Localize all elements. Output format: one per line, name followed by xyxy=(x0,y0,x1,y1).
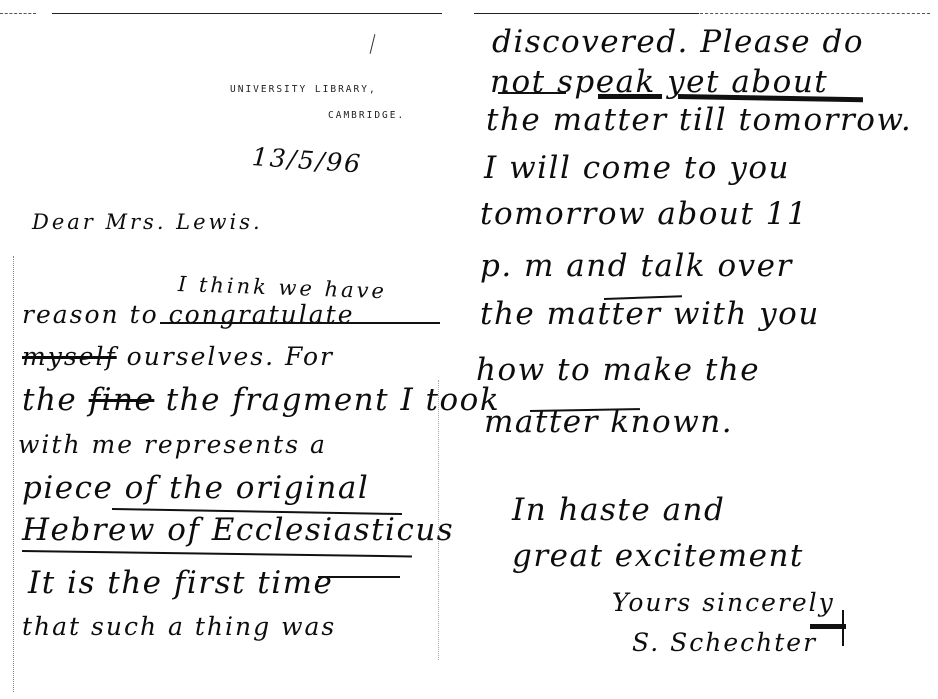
sign-off: Yours sincerely xyxy=(612,588,835,617)
underline xyxy=(498,92,566,94)
pencil-mark xyxy=(370,34,376,54)
signature-flourish xyxy=(810,624,846,629)
page-margin-edge xyxy=(13,256,14,692)
struck-word: fine xyxy=(89,382,155,418)
letter-line: It is the first time xyxy=(28,565,333,601)
underline xyxy=(22,550,412,557)
letter-line: discovered. Please do xyxy=(492,24,864,60)
letter-line: I will come to you xyxy=(484,150,790,186)
letter-line: the fine the fragment I took xyxy=(22,382,500,418)
struck-word: myself xyxy=(22,342,117,371)
page-top-rule xyxy=(700,13,930,14)
flourish-line xyxy=(318,576,400,578)
letter-line: how to make the xyxy=(476,352,760,388)
letter-line: p. m and talk over xyxy=(480,248,793,284)
salutation: Dear Mrs. Lewis. xyxy=(32,210,263,234)
signature: S. Schechter xyxy=(632,628,817,657)
letter-line: that such a thing was xyxy=(22,612,336,641)
letter-line: I think we have xyxy=(178,272,388,303)
closing-line: In haste and xyxy=(512,492,725,528)
letter-line: Hebrew of Ecclesiasticus xyxy=(22,512,454,548)
letterhead-institution: UNIVERSITY LIBRARY, xyxy=(230,84,377,95)
letter-line: myself ourselves. For xyxy=(22,342,334,371)
strike-through-line xyxy=(160,322,440,324)
underline xyxy=(598,94,662,99)
page-top-rule xyxy=(52,13,442,14)
letter-line: piece of the original xyxy=(22,470,369,506)
letter-page-right: discovered. Please do not speak yet abou… xyxy=(470,0,938,699)
page-top-rule xyxy=(0,13,36,14)
letter-line: the matter with you xyxy=(480,296,820,332)
letter-date: 13/5/96 xyxy=(251,142,363,179)
page-top-rule xyxy=(474,13,699,14)
closing-line: great excitement xyxy=(512,538,804,574)
letter-line: the matter till tomorrow. xyxy=(486,102,912,138)
letter-line: tomorrow about 11 xyxy=(480,196,808,232)
signature-flourish xyxy=(842,610,844,646)
letter-line: with me represents a xyxy=(18,430,327,459)
letterhead-city: CAMBRIDGE. xyxy=(328,110,405,121)
letter-line: reason to congratulate xyxy=(22,300,355,329)
underline xyxy=(678,94,863,102)
letter-page-left: UNIVERSITY LIBRARY, CAMBRIDGE. 13/5/96 D… xyxy=(0,0,462,699)
